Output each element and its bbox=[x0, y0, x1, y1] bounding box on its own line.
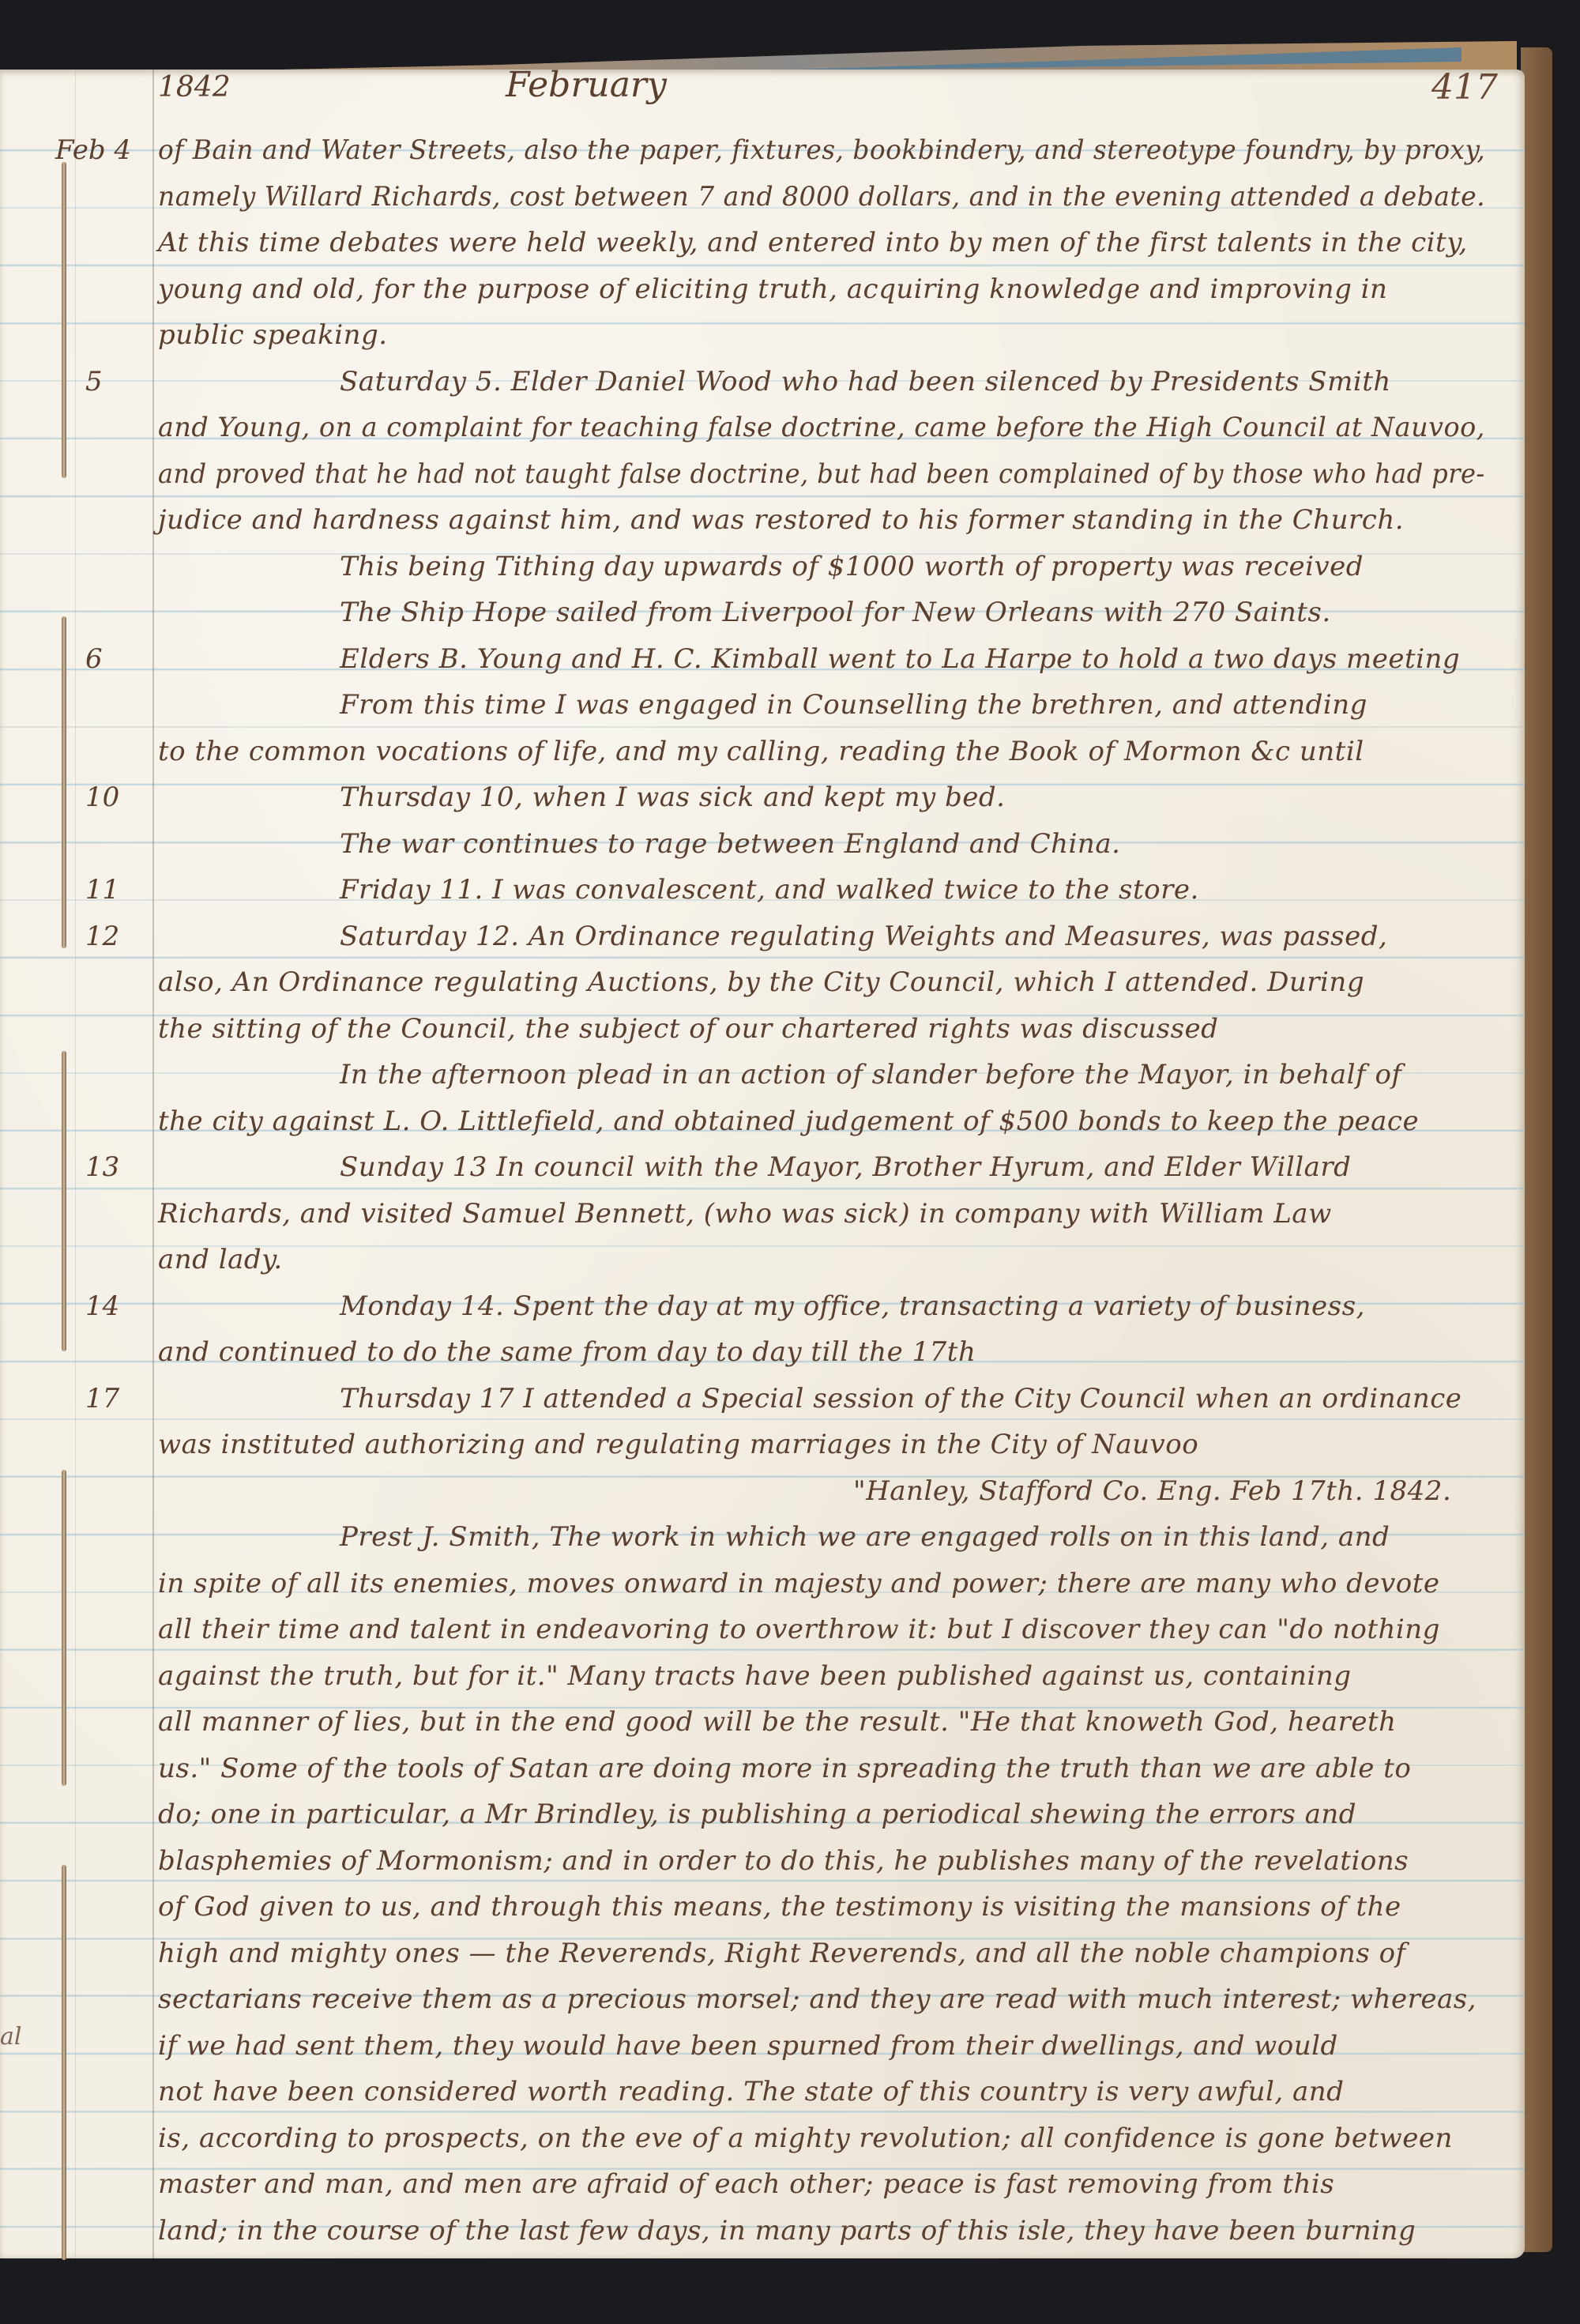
manuscript-line: and lady. bbox=[158, 1236, 283, 1283]
manuscript-line: This being Tithing day upwards of $1000 … bbox=[340, 543, 1364, 590]
manuscript-line: Sunday 13 In council with the Mayor, Bro… bbox=[340, 1143, 1351, 1191]
manuscript-line: us." Some of the tools of Satan are doin… bbox=[158, 1745, 1411, 1792]
manuscript-line: is, according to prospects, on the eve o… bbox=[158, 2115, 1453, 2162]
gutter-rule bbox=[75, 70, 76, 2258]
manuscript-line: Saturday 12. An Ordinance regulating Wei… bbox=[340, 913, 1387, 960]
manuscript-line: Thursday 17 I attended a Special session… bbox=[340, 1375, 1461, 1422]
manuscript-line: the sitting of the Council, the subject … bbox=[158, 1005, 1218, 1053]
manuscript-line: the city against L. O. Littlefield, and … bbox=[158, 1098, 1419, 1145]
manuscript-line: blasphemies of Mormonism; and in order t… bbox=[158, 1837, 1409, 1885]
manuscript-line: public speaking. bbox=[158, 311, 388, 359]
binding-thread bbox=[62, 162, 66, 478]
manuscript-line: and continued to do the same from day to… bbox=[158, 1328, 976, 1376]
manuscript-line: against the truth, but for it." Many tra… bbox=[158, 1652, 1352, 1700]
manuscript-line: At this time debates were held weekly, a… bbox=[158, 219, 1468, 266]
manuscript-line: Saturday 5. Elder Daniel Wood who had be… bbox=[340, 358, 1391, 405]
manuscript-line: sectarians receive them as a precious mo… bbox=[158, 1976, 1477, 2023]
manuscript-line: judice and hardness against him, and was… bbox=[158, 496, 1404, 544]
margin-date: Feb 4 bbox=[55, 126, 131, 174]
manuscript-line: do; one in particular, a Mr Brindley, is… bbox=[158, 1791, 1356, 1838]
manuscript-line: Friday 11. I was convalescent, and walke… bbox=[340, 866, 1199, 913]
manuscript-line: Monday 14. Spent the day at my office, t… bbox=[340, 1283, 1365, 1330]
margin-rule bbox=[152, 70, 154, 2258]
facing-page-fragment: al bbox=[0, 2023, 21, 2051]
manuscript-line: if we had sent them, they would have bee… bbox=[158, 2022, 1338, 2070]
binding-thread bbox=[62, 1051, 66, 1351]
margin-date: 14 bbox=[85, 1283, 119, 1330]
manuscript-line: in spite of all its enemies, moves onwar… bbox=[158, 1560, 1440, 1607]
manuscript-line: and Young, on a complaint for teaching f… bbox=[158, 404, 1485, 451]
binding-thread bbox=[62, 616, 66, 948]
manuscript-line: of Bain and Water Streets, also the pape… bbox=[158, 126, 1485, 174]
margin-date: 11 bbox=[85, 866, 119, 913]
manuscript-line: Elders B. Young and H. C. Kimball went t… bbox=[340, 635, 1460, 683]
manuscript-line: high and mighty ones — the Reverends, Ri… bbox=[158, 1930, 1406, 1977]
manuscript-line: also, An Ordinance regulating Auctions, … bbox=[158, 959, 1364, 1006]
manuscript-line: was instituted authorizing and regulatin… bbox=[158, 1421, 1198, 1468]
margin-date: 6 bbox=[85, 635, 103, 683]
manuscript-line: not have been considered worth reading. … bbox=[158, 2068, 1344, 2115]
manuscript-line: namely Willard Richards, cost between 7 … bbox=[158, 173, 1485, 220]
manuscript-line: In the afternoon plead in an action of s… bbox=[340, 1051, 1402, 1098]
manuscript-line: to the common vocations of life, and my … bbox=[158, 728, 1364, 775]
manuscript-line: young and old, for the purpose of elicit… bbox=[158, 266, 1387, 313]
page-number: 417 bbox=[1431, 67, 1498, 107]
manuscript-line: The Ship Hope sailed from Liverpool for … bbox=[340, 589, 1331, 636]
margin-date: 10 bbox=[85, 774, 119, 821]
manuscript-line: land; in the course of the last few days… bbox=[158, 2207, 1416, 2254]
manuscript-line: of God given to us, and through this mea… bbox=[158, 1883, 1401, 1930]
manuscript-line: Richards, and visited Samuel Bennett, (w… bbox=[158, 1190, 1332, 1237]
margin-date: 13 bbox=[85, 1143, 119, 1191]
book-cover-edge bbox=[1521, 47, 1552, 2252]
manuscript-line: master and man, and men are afraid of ea… bbox=[158, 2160, 1334, 2208]
manuscript-line: all manner of lies, but in the end good … bbox=[158, 1698, 1397, 1746]
margin-date: 17 bbox=[85, 1375, 119, 1422]
month-heading: February bbox=[506, 65, 667, 105]
manuscript-line: and proved that he had not taught false … bbox=[158, 450, 1485, 498]
margin-date: 5 bbox=[85, 358, 103, 405]
manuscript-line: Prest J. Smith, The work in which we are… bbox=[340, 1513, 1390, 1561]
manuscript-line: all their time and talent in endeavoring… bbox=[158, 1606, 1440, 1653]
manuscript-line: Thursday 10, when I was sick and kept my… bbox=[340, 774, 1005, 821]
binding-thread bbox=[62, 1470, 66, 1786]
margin-date: 12 bbox=[85, 913, 119, 960]
letter-dateline: "Hanley, Stafford Co. Eng. Feb 17th. 184… bbox=[853, 1467, 1451, 1515]
manuscript-line: The war continues to rage between Englan… bbox=[340, 820, 1120, 868]
year-heading: 1842 bbox=[158, 71, 231, 104]
binding-thread bbox=[62, 1865, 66, 2260]
manuscript-line: From this time I was engaged in Counsell… bbox=[340, 681, 1367, 729]
